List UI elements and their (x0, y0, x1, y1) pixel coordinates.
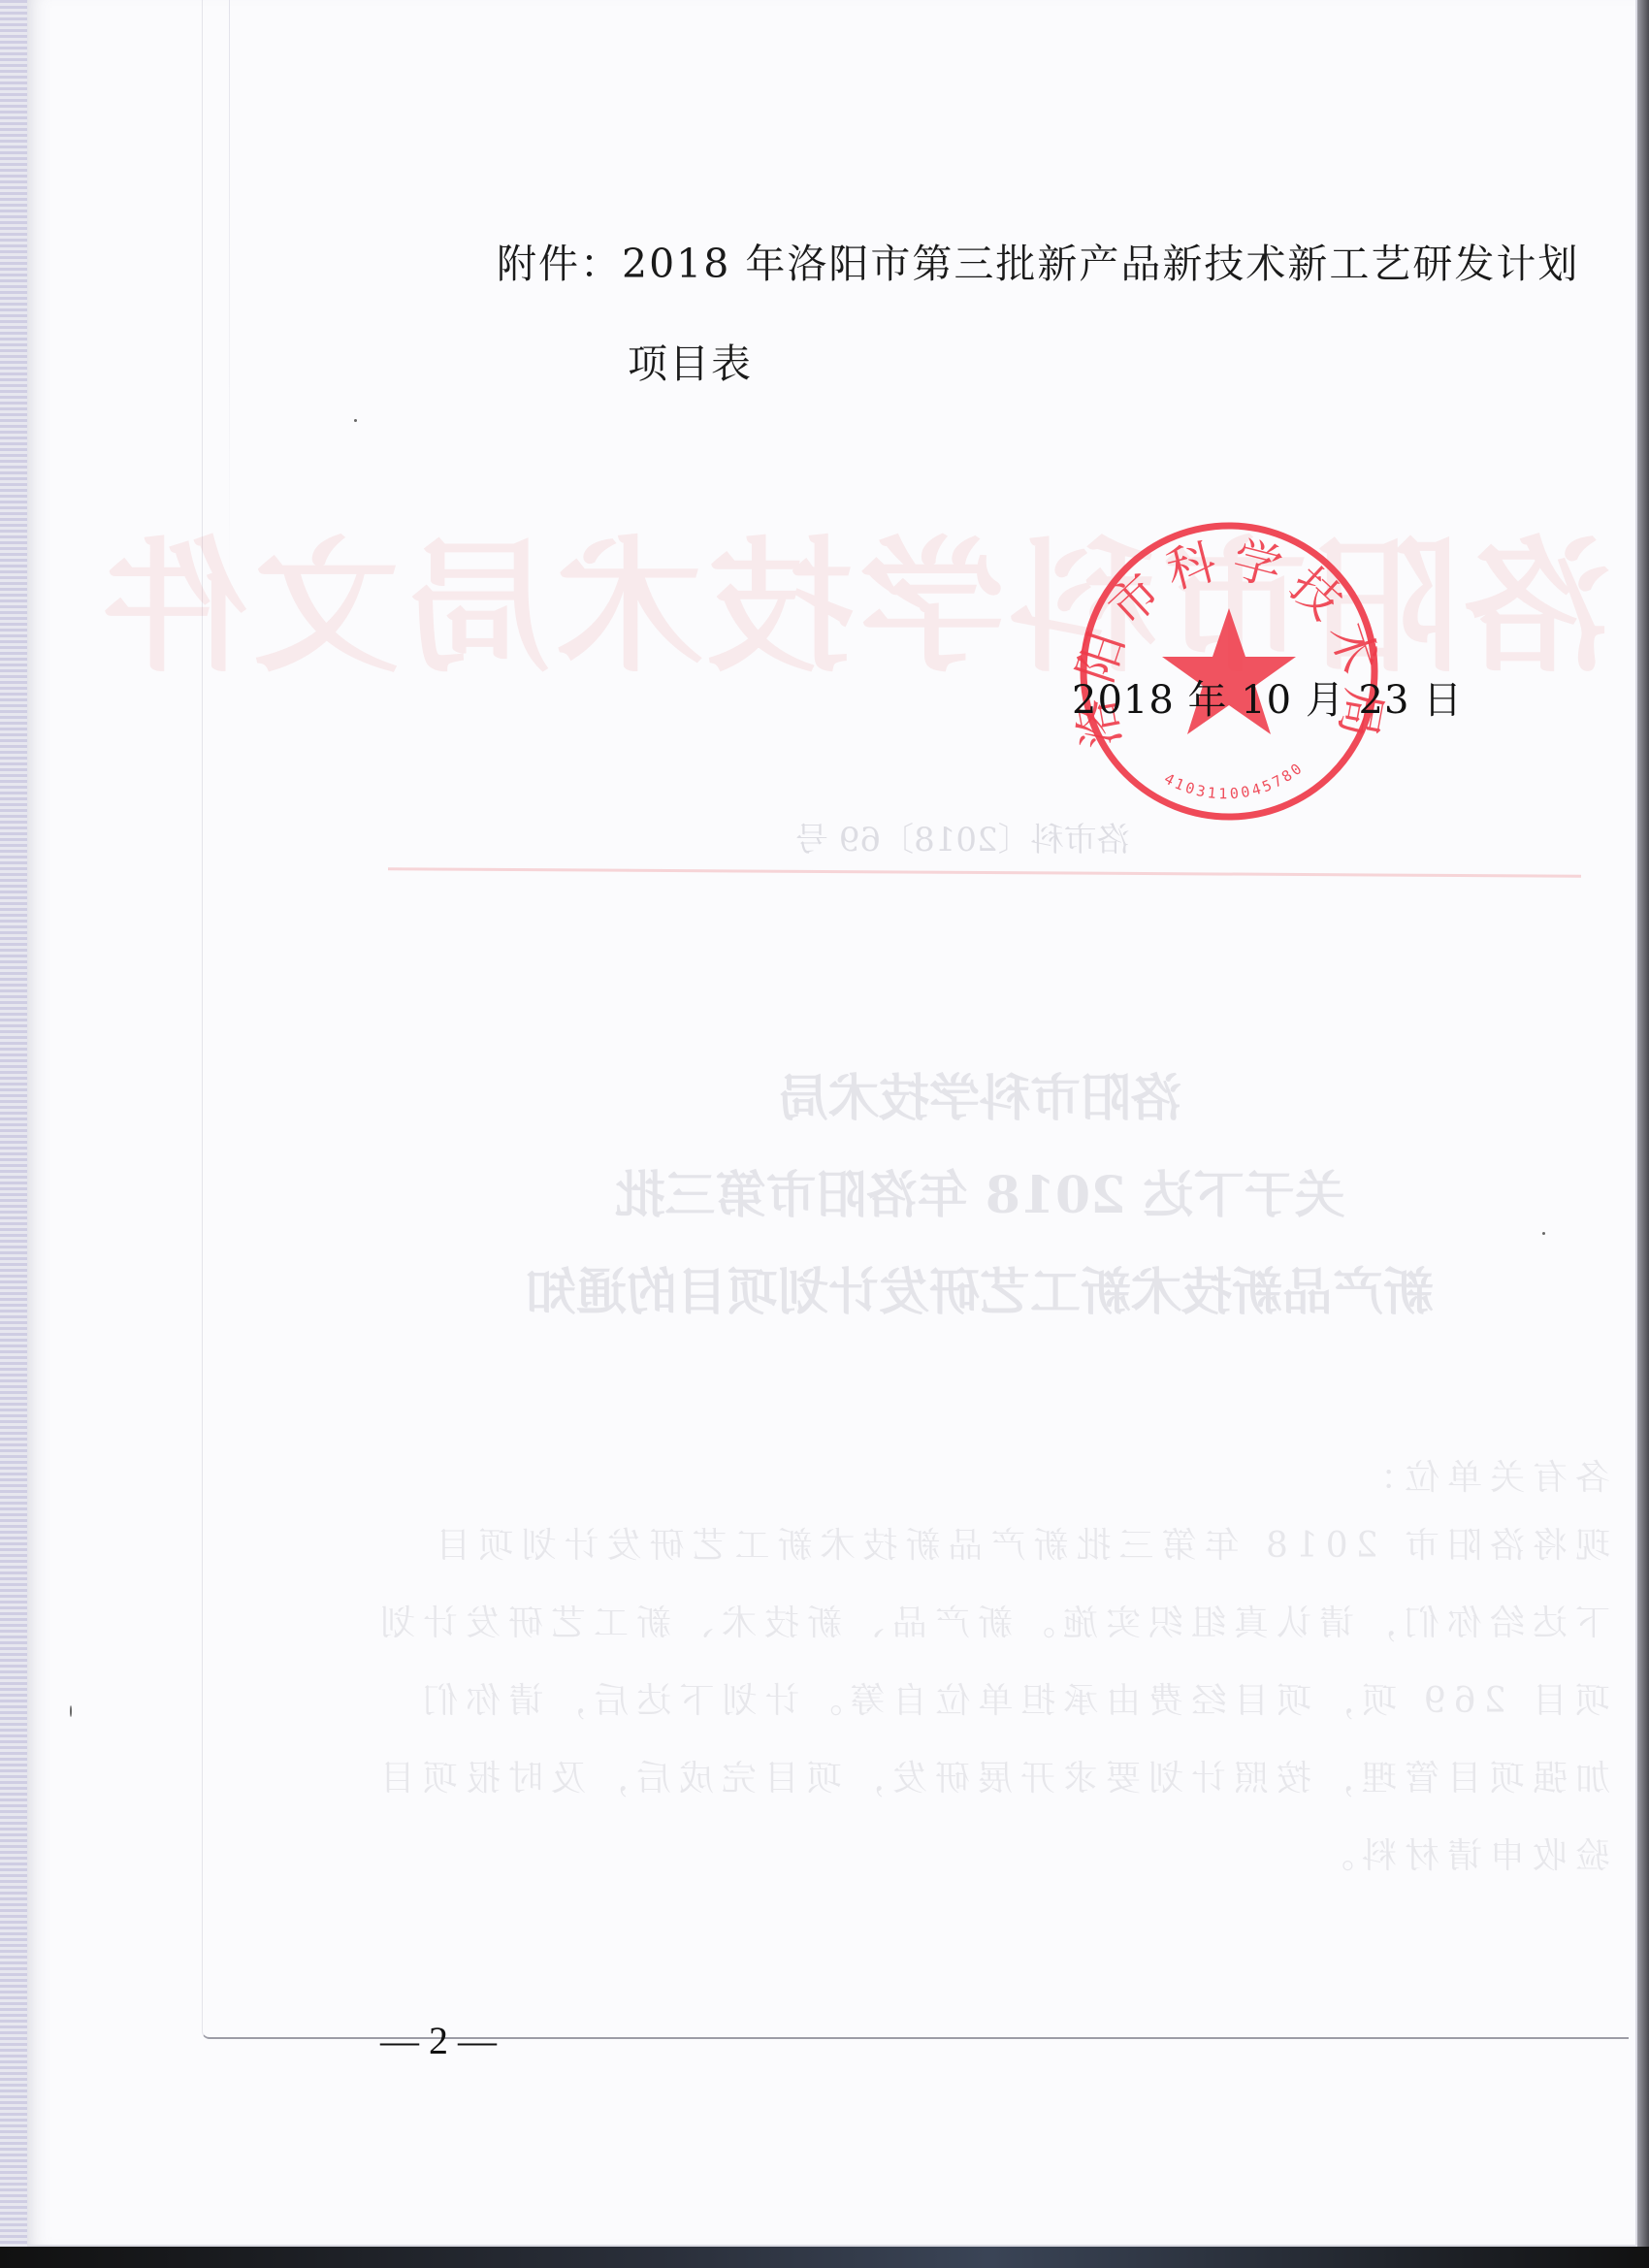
show-through-body-line: 各有关单位： (349, 1450, 1610, 1500)
show-through-body-line: 加强项目管理，按照计划要求开展研发，项目完成后，及时报项目 (349, 1751, 1610, 1800)
page-number: — 2 — (380, 2018, 497, 2063)
show-through-body-line: 下达给你们，请认真组织实施。新产品、新技术、新工艺研发计划 (349, 1596, 1610, 1645)
attachment-title-continuation: 项目表 (628, 332, 753, 389)
show-through-title-line: 新产品新技术新工艺研发计划项目的通知 (369, 1251, 1591, 1324)
scan-speck (70, 1705, 72, 1717)
attachment-title: 2018 年洛阳市第三批新产品新技术新工艺研发计划 (622, 241, 1579, 287)
show-through-title-line: 关于下达 2018 年洛阳市第三批 (369, 1154, 1591, 1227)
svg-text:4103110045780: 4103110045780 (1161, 759, 1307, 803)
show-through-body-line: 项目 269 项，项目经费由承担单位自筹。计划下达后，请你们 (349, 1673, 1610, 1723)
scan-speck (1542, 1232, 1545, 1235)
show-through-header: 洛阳市科学技术局文件 (417, 490, 1610, 699)
scan-speck (354, 419, 357, 422)
inner-sheet-outline (202, 0, 1629, 2039)
show-through-body-line: 现将洛阳市 2018 年第三批新产品新技术新工艺研发计划项目 (349, 1518, 1610, 1568)
show-through-title-line: 洛阳市科学技术局 (369, 1057, 1591, 1130)
scanner-bed-left-edge (0, 0, 27, 2268)
scanner-bed-right-edge (1637, 0, 1649, 2268)
attachment-label: 附件： (497, 241, 622, 287)
paper-fold-line (229, 0, 230, 582)
scanner-bed-bottom-edge (0, 2247, 1649, 2268)
attachment-heading: 附件：2018 年洛阳市第三批新产品新技术新工艺研发计划 (497, 244, 1579, 284)
issue-date: 2018 年 10 月 23 日 (1072, 669, 1463, 725)
show-through-body-line: 验收申请材料。 (349, 1829, 1610, 1878)
